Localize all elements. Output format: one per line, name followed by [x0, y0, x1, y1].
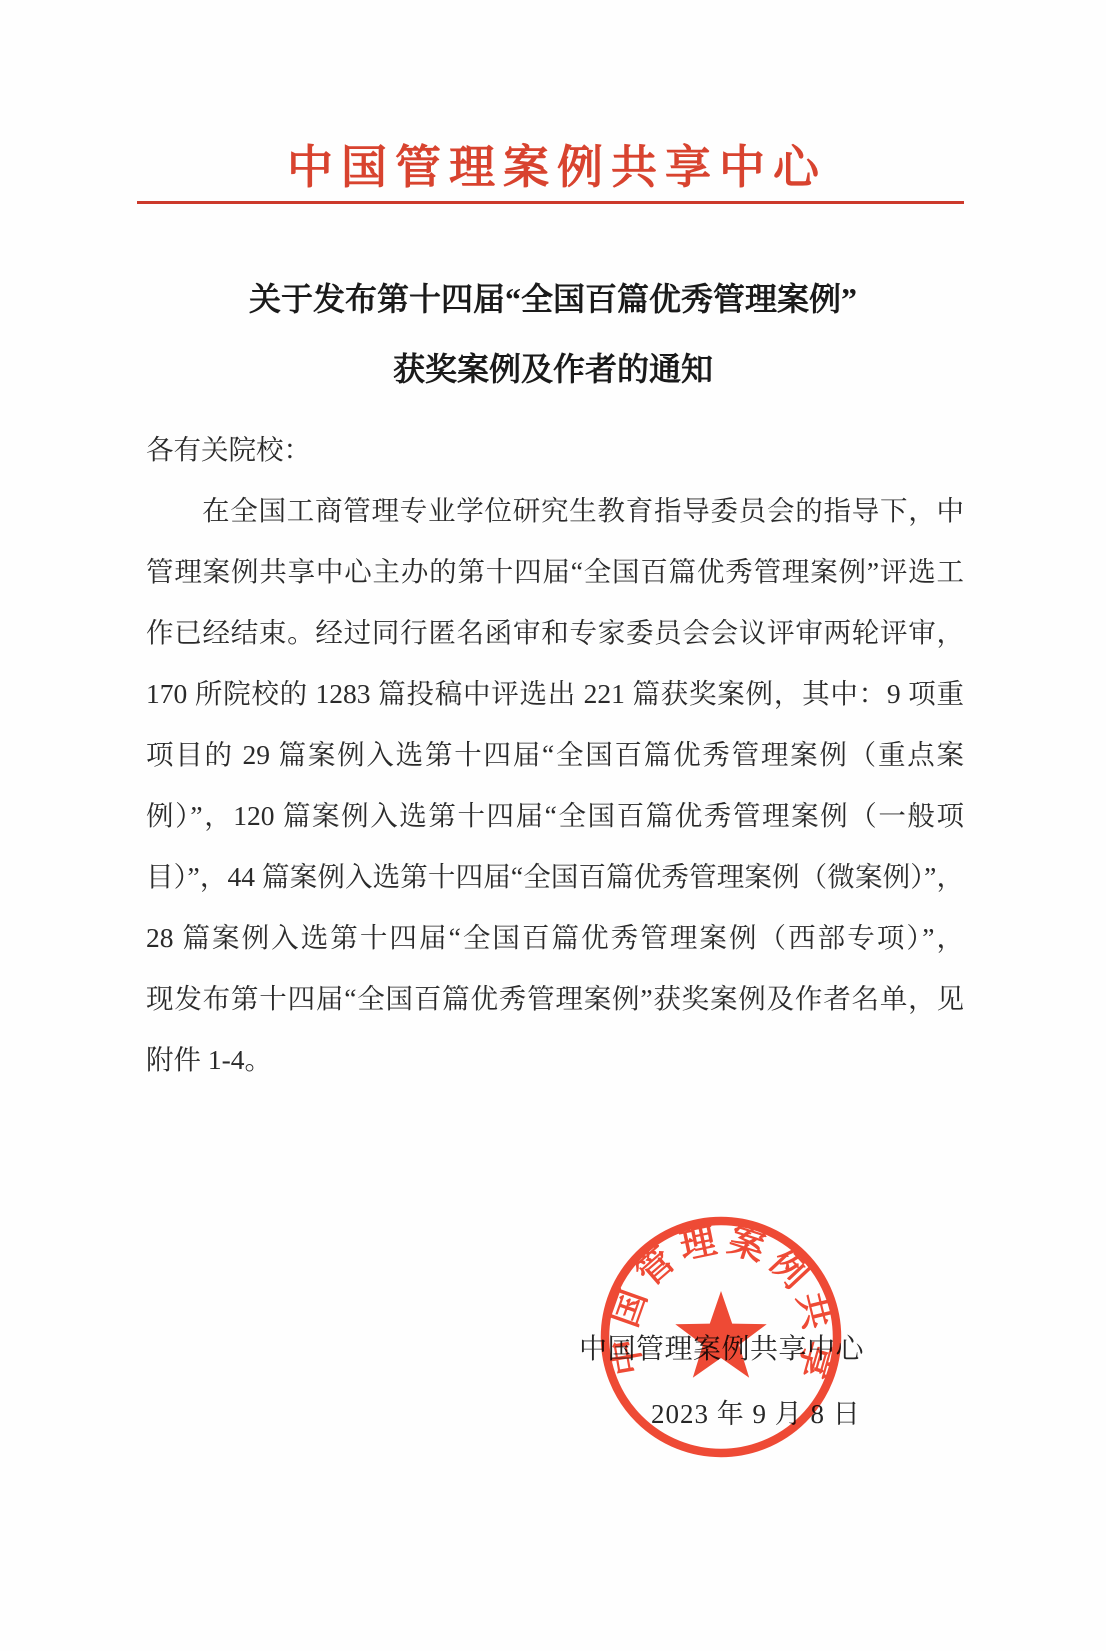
letterhead-divider-rule — [137, 201, 964, 204]
body-line-attachments: 附件 1-4。 — [146, 1029, 964, 1090]
body-line: 管理案例共享中心主办的第十四届“全国百篇优秀管理案例”评选工 — [146, 541, 964, 602]
notice-title-line1: 关于发布第十四届“全国百篇优秀管理案例” — [0, 274, 1106, 320]
body-line: 28 篇案例入选第十四届“全国百篇优秀管理案例（西部专项）”， — [146, 907, 964, 968]
signature-date: 2023 年 9 月 8 日 — [651, 1392, 861, 1431]
body-line: 例）”，120 篇案例入选第十四届“全国百篇优秀管理案例（一般项 — [146, 785, 964, 846]
body-line: 项目的 29 篇案例入选第十四届“全国百篇优秀管理案例（重点案 — [146, 724, 964, 785]
body-line: 目）”，44 篇案例入选第十四届“全国百篇优秀管理案例（微案例）”， — [146, 846, 964, 907]
notice-title-line2: 获奖案例及作者的通知 — [0, 344, 1106, 390]
body-line: 170 所院校的 1283 篇投稿中评选出 221 篇获奖案例，其中：9 项重点 — [146, 663, 964, 724]
salutation-line: 各有关院校： — [146, 419, 964, 480]
body-line: 在全国工商管理专业学位研究生教育指导委员会的指导下，中国 — [146, 480, 964, 541]
body-line: 作已经结束。经过同行匿名函审和专家委员会会议评审两轮评审，从 — [146, 602, 964, 663]
letterhead-org-name: 中国管理案例共享中心 — [0, 131, 1106, 197]
body-line: 现发布第十四届“全国百篇优秀管理案例”获奖案例及作者名单，见 — [146, 968, 964, 1029]
notice-body: 各有关院校： 在全国工商管理专业学位研究生教育指导委员会的指导下，中国 管理案例… — [146, 419, 964, 1090]
signature-org-name: 中国管理案例共享中心 — [579, 1327, 864, 1367]
notice-document-page: 中国管理案例共享中心 关于发布第十四届“全国百篇优秀管理案例” 获奖案例及作者的… — [0, 0, 1106, 1651]
